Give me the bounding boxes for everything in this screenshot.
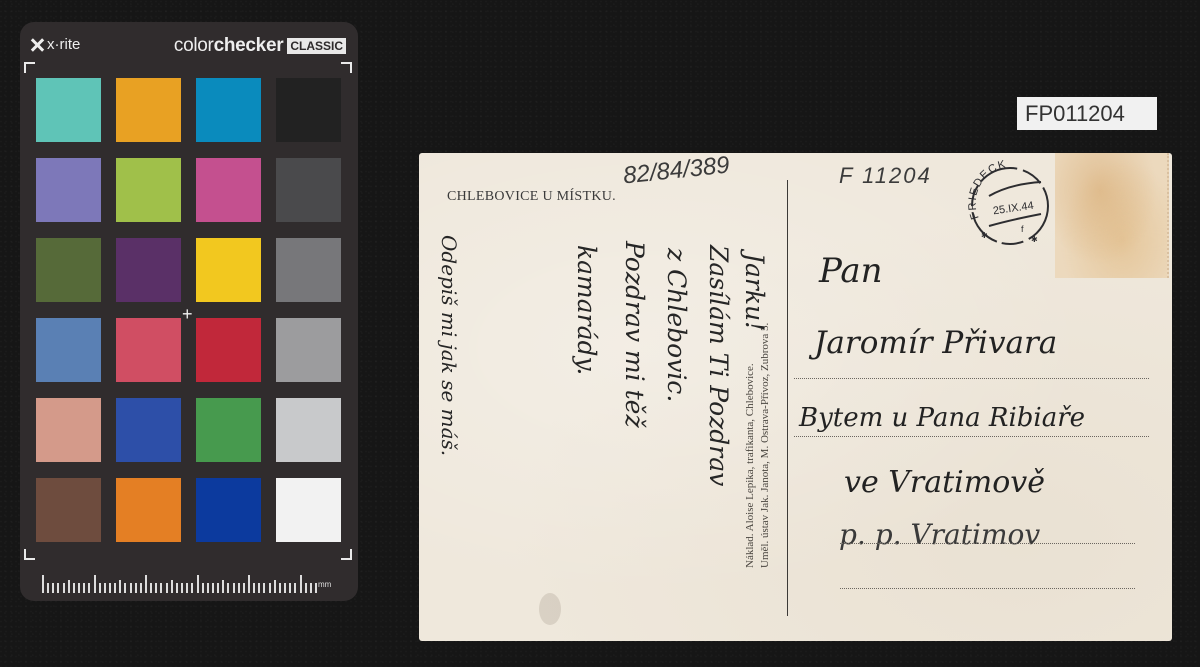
ruler-tick <box>222 580 224 593</box>
color-patch-neutral-8 <box>276 398 341 462</box>
color-patch-dark-skin <box>36 478 101 542</box>
color-patch-orange-yellow <box>116 78 181 142</box>
ruler-tick <box>88 583 90 593</box>
address-line-rule <box>794 378 1149 379</box>
ruler-tick <box>217 583 219 593</box>
color-patch-blue-sky <box>36 318 101 382</box>
ruler-tick <box>176 583 178 593</box>
ruler-tick <box>263 583 265 593</box>
imprint-line: Náklad. Aloise Lepika, trafikanta, Chleb… <box>743 323 758 568</box>
ruler-tick <box>130 583 132 593</box>
color-patch-cyan <box>196 78 261 142</box>
product-name-light: color <box>174 35 214 56</box>
crop-mark-icon <box>24 549 35 560</box>
ink-smudge <box>539 593 561 625</box>
ruler-tick <box>300 575 302 593</box>
crop-mark-icon <box>24 62 35 73</box>
address-name: Jaromír Přivara <box>814 325 1057 361</box>
color-patch-blue <box>116 398 181 462</box>
color-checker-card: x·rite colorchecker CLASSIC + mm <box>20 22 358 601</box>
address-line-2: ve Vratimově <box>844 465 1045 500</box>
message-line: Odepiš mi jak se máš. <box>439 235 459 456</box>
postmark-code: f <box>1021 224 1024 234</box>
address-line-rule <box>794 436 1149 437</box>
ruler-unit: mm <box>318 580 331 589</box>
ruler-tick <box>186 583 188 593</box>
ruler-tick <box>109 583 111 593</box>
svg-text:✱: ✱ <box>981 231 988 240</box>
stamp-residue <box>1055 153 1169 278</box>
inventory-number: F 11204 <box>839 163 932 189</box>
product-badge: CLASSIC <box>287 38 346 54</box>
ruler-tick <box>279 583 281 593</box>
ruler-tick <box>83 583 85 593</box>
message-line: Pozdrav mi těž <box>622 241 647 428</box>
ruler-tick <box>305 583 307 593</box>
ruler-tick <box>315 583 317 593</box>
ruler-tick <box>114 583 116 593</box>
ruler-tick <box>140 583 142 593</box>
ruler-tick <box>233 583 235 593</box>
product-name: colorchecker CLASSIC <box>174 35 346 57</box>
archive-number: 82/84/389 <box>622 151 731 190</box>
ruler-tick <box>94 575 96 593</box>
crop-mark-icon <box>341 549 352 560</box>
ruler-tick <box>289 583 291 593</box>
color-patch-blue-primary <box>196 478 261 542</box>
color-patch-yellow-green <box>116 158 181 222</box>
ruler-tick <box>181 583 183 593</box>
ruler-tick <box>73 583 75 593</box>
color-patch-green <box>196 398 261 462</box>
xrite-mark-icon <box>30 38 44 52</box>
ruler-tick <box>294 583 296 593</box>
ruler-tick <box>145 575 147 593</box>
ruler-tick <box>253 583 255 593</box>
ruler-tick <box>191 583 193 593</box>
ruler-tick <box>150 583 152 593</box>
postcard-back: CHLEBOVICE U MÍSTKU. 82/84/389 F 11204 N… <box>419 153 1172 641</box>
color-patch-neutral-5 <box>276 238 341 302</box>
message-line: Zasílám Ti Pozdrav <box>706 245 731 486</box>
message-line: z Chlebovic. <box>664 248 689 402</box>
color-patch-neutral-3-5 <box>276 158 341 222</box>
brand-name: x·rite <box>47 36 80 53</box>
color-patch-white <box>276 478 341 542</box>
ruler-tick <box>258 583 260 593</box>
ruler-tick <box>155 583 157 593</box>
ruler-tick <box>124 583 126 593</box>
ruler-tick <box>104 583 106 593</box>
ruler-tick <box>274 580 276 593</box>
postcard-title: CHLEBOVICE U MÍSTKU. <box>447 189 616 205</box>
color-patch-moderate-red <box>116 318 181 382</box>
mm-ruler <box>42 575 314 593</box>
color-patch-orange <box>116 478 181 542</box>
ruler-tick <box>248 575 250 593</box>
ruler-tick <box>119 580 121 593</box>
ruler-tick <box>171 580 173 593</box>
color-patch-purple <box>116 238 181 302</box>
ruler-tick <box>52 583 54 593</box>
ruler-tick <box>227 583 229 593</box>
color-patch-blue-flower <box>36 158 101 222</box>
svg-text:✱: ✱ <box>1031 235 1038 244</box>
color-patch-black <box>276 78 341 142</box>
ruler-tick <box>212 583 214 593</box>
color-patch-red <box>196 318 261 382</box>
ruler-tick <box>135 583 137 593</box>
color-patch-foliage <box>36 238 101 302</box>
ruler-tick <box>310 583 312 593</box>
message-line: kamarády. <box>574 245 599 375</box>
imprint-line: Uměl. ústav Jak. Janota, M. Ostrava-Přív… <box>758 323 773 568</box>
color-patch-light-skin <box>36 398 101 462</box>
ruler-tick <box>243 583 245 593</box>
address-line-rule <box>840 588 1135 589</box>
accession-label: FP011204 <box>1017 97 1157 130</box>
ruler-tick <box>202 583 204 593</box>
xrite-logo: x·rite <box>30 36 80 53</box>
ruler-tick <box>160 583 162 593</box>
publisher-imprint: Náklad. Aloise Lepika, trafikanta, Chleb… <box>743 323 773 568</box>
ruler-tick <box>197 575 199 593</box>
ruler-tick <box>269 583 271 593</box>
address-line-rule <box>840 543 1135 544</box>
color-patch-yellow <box>196 238 261 302</box>
postmark-date: 25.IX.44 <box>992 200 1034 218</box>
message-line: Jarku! <box>742 253 767 331</box>
ruler-tick <box>78 583 80 593</box>
postcard-divider <box>787 180 788 616</box>
postmark-stamp: FRIEDECK 25.IX.44 f ✱ ✱ <box>965 158 1055 248</box>
address-line-3: p. p. Vratimov <box>839 518 1040 551</box>
product-name-bold: checker <box>214 35 284 56</box>
ruler-tick <box>47 583 49 593</box>
ruler-tick <box>238 583 240 593</box>
ruler-tick <box>207 583 209 593</box>
ruler-tick <box>42 575 44 593</box>
address-salutation: Pan <box>819 251 883 291</box>
ruler-tick <box>99 583 101 593</box>
color-patch-neutral-6-5 <box>276 318 341 382</box>
crosshair-icon: + <box>182 305 193 323</box>
crop-mark-icon <box>341 62 352 73</box>
ruler-tick <box>284 583 286 593</box>
ruler-tick <box>57 583 59 593</box>
color-patch-magenta <box>196 158 261 222</box>
address-line-1: Bytem u Pana Ribiaře <box>799 403 1085 433</box>
ruler-tick <box>63 583 65 593</box>
color-patch-bluish-green <box>36 78 101 142</box>
ruler-tick <box>68 580 70 593</box>
ruler-tick <box>166 583 168 593</box>
